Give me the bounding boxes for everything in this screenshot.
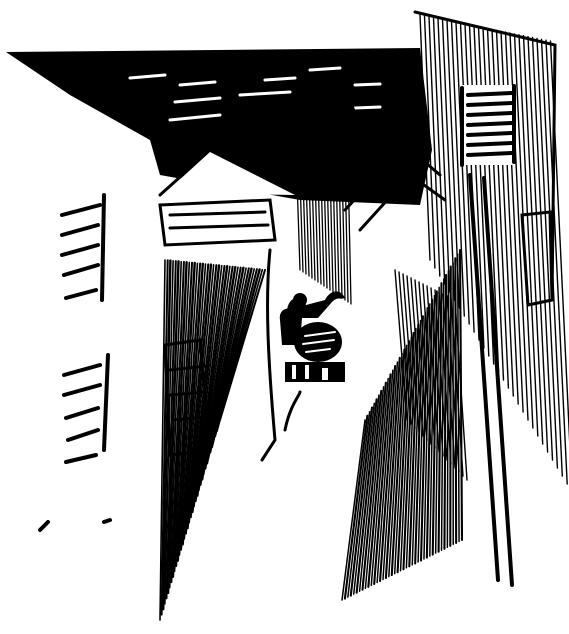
hatched-alley-walls: [160, 260, 265, 620]
right-shuttered-window: [462, 85, 514, 165]
barrel-cart-with-driver: [280, 291, 345, 382]
alley-illustration: [0, 0, 569, 634]
left-windows: [40, 195, 110, 530]
alley-road-edges: [262, 250, 300, 460]
